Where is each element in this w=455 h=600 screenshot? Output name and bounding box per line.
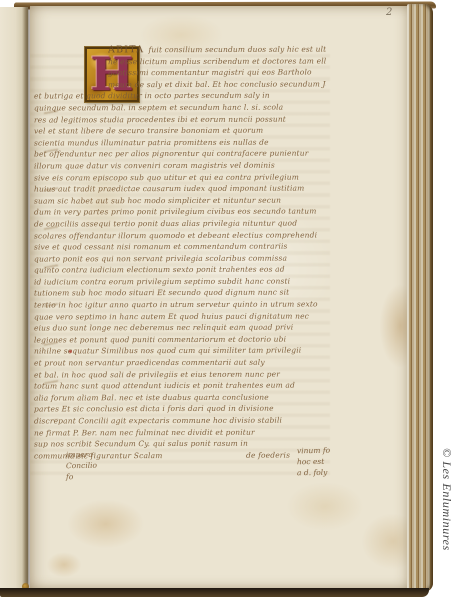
manuscript-line: bet offenduntur nec per alios pignorentu… xyxy=(34,148,326,161)
book-fore-edge xyxy=(407,4,433,592)
opening-word: ABITA xyxy=(108,44,149,55)
manuscript-photo: 2 H ABITA fuit consilium secundum duos s… xyxy=(0,0,455,600)
manuscript-line: huius aut tradit praedictae causarum iud… xyxy=(34,183,326,196)
closing-word: fo xyxy=(66,471,97,483)
manuscript-line: totum hanc sunt quod attendunt iudicis e… xyxy=(34,380,326,393)
body-lines: et butriga et quod dividitur in octo par… xyxy=(34,90,326,449)
manuscript-line: eius duo sunt longe nec deberemus nec re… xyxy=(34,322,326,335)
closing-words-right: vinum fohoc esta d. foly xyxy=(297,445,330,478)
manuscript-line: discrepant Concilii agit expectaris comm… xyxy=(34,414,326,427)
manuscript-line: illorum quae datur vis conveniri coram m… xyxy=(34,159,326,172)
manuscript-line: et butriga et quod dividitur in octo par… xyxy=(34,90,326,103)
folio-number: 2 xyxy=(386,7,392,18)
closing-word: vinum fo xyxy=(297,445,330,457)
closing-word: a d. foly xyxy=(297,467,330,479)
manuscript-line: partes Et sic conclusio est dicta i fori… xyxy=(34,403,326,416)
copyright-credit: © Les Enluminures xyxy=(439,448,454,551)
book-bottom-edge xyxy=(0,588,429,597)
manuscript-line: dum in very partes primo ponit privilegi… xyxy=(34,206,326,219)
manuscript-line: quinto contra iudicium electionum sexto … xyxy=(34,264,326,277)
manuscript-line: de conciliis assequi tertio ponit duas a… xyxy=(34,217,326,230)
manuscript-line: quinque secundum bal. in septem et secun… xyxy=(34,101,326,114)
closing-word: impera xyxy=(66,449,97,461)
manuscript-line: tertio in hoc igitur anno quarto in utru… xyxy=(34,299,326,312)
margin-pen-trials xyxy=(44,90,58,420)
closing-word: hoc est xyxy=(297,456,330,468)
manuscript-line: sive et quod cessant nisi romanum et com… xyxy=(34,241,326,254)
manuscript-line: ABITA fuit consilium secundum duos saly … xyxy=(108,44,326,56)
manuscript-line: et prout non servantur praedicendas comm… xyxy=(34,357,326,370)
opening-lines: ABITA fuit consilium secundum duos saly … xyxy=(34,44,326,90)
manuscript-line: gantissimi commentantur magistri qui eos… xyxy=(34,67,326,80)
closing-words-left: imperaConciliofo xyxy=(66,449,97,482)
manuscript-line: vel et stant libere de securo transire b… xyxy=(34,125,326,138)
red-ink-speck xyxy=(69,350,72,353)
closing-word: Concilio xyxy=(66,460,97,472)
manuscript-text-block: ABITA fuit consilium secundum duos saly … xyxy=(34,44,326,461)
